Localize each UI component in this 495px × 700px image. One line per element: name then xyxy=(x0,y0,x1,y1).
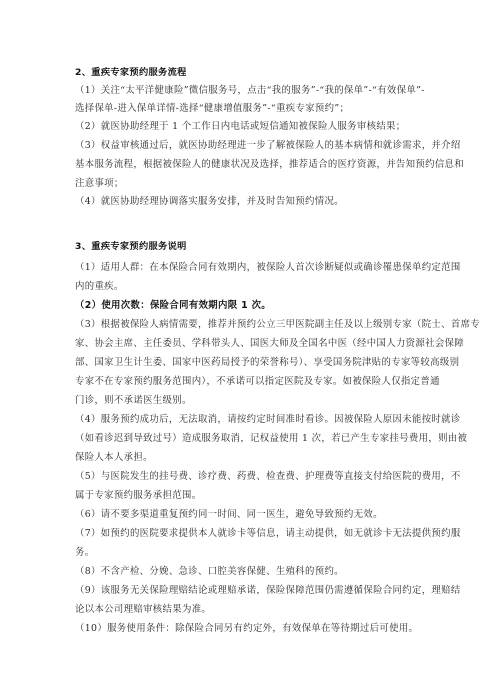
paragraph-line: （7）如预约的医院要求提供本人就诊卡等信息，请主动提供，如无就诊卡无法提供预约服 xyxy=(75,528,461,540)
paragraph-line: 注意事项； xyxy=(75,178,124,190)
paragraph-line: 保险人本人承担。 xyxy=(75,452,153,464)
paragraph-line: （1）关注“太平洋健康险”微信服务号，点击“我的服务”-“我的保单”-“有效保单… xyxy=(75,85,425,97)
paragraph-line: 门诊，则不承诺医生级别。 xyxy=(75,395,192,407)
paragraph-line: （5）与医院发生的挂号费、诊疗费、药费、检查费、护理费等直接支付给医院的费用，不 xyxy=(75,471,461,483)
paragraph-line: （3）权益审核通过后，就医协助经理进一步了解被保险人的基本病情和就诊需求，并介绍 xyxy=(75,140,461,152)
paragraph-line: （4）服务预约成功后，无法取消，请按约定时间准时看诊。因被保险人原因未能按时就诊 xyxy=(75,414,461,426)
paragraph-line: 属于专家预约服务承担范围。 xyxy=(75,490,201,502)
paragraph-line-bold: （2）使用次数：保险合同有效期内限 1 次。 xyxy=(75,300,271,312)
paragraph-line: （6）请不要多渠道重复预约同一时间、同一医生，避免导致预约无效。 xyxy=(75,509,383,521)
paragraph-line: 务。 xyxy=(75,547,94,559)
section-heading-process: 2、重疾专家预约服务流程 xyxy=(75,67,187,79)
document-page: 2、重疾专家预约服务流程 （1）关注“太平洋健康险”微信服务号，点击“我的服务”… xyxy=(0,0,495,700)
paragraph-line: （3）根据被保险人病情需要，推荐并预约公立三甲医院副主任及以上级别专家（院士、首… xyxy=(75,319,480,331)
paragraph-line: 选择保单-进入保单详情-选择“健康增值服务”-“重疾专家预约”； xyxy=(75,103,349,115)
paragraph-line: （8）不含产检、分娩、急诊、口腔美容保健、生殖科的预约。 xyxy=(75,566,344,578)
paragraph-line: （10）服务使用条件：除保险合同另有约定外，有效保单在等待期过后可使用。 xyxy=(75,623,418,635)
paragraph-line: （1）适用人群：在本保险合同有效期内，被保险人首次诊断疑似或确诊罹患保单约定范围 xyxy=(75,262,461,274)
paragraph-line: （4）就医协助经理协调落实服务安排，并及时告知预约情况。 xyxy=(75,196,344,208)
paragraph-line: 部、国家卫生计生委、国家中医药局授予的荣誉称号）、享受国务院津贴的专家等较高级别 xyxy=(75,357,459,369)
paragraph-line: （如看诊迟到导致过号）造成服务取消，记权益使用 1 次，若已产生专家挂号费用，则… xyxy=(75,433,467,445)
paragraph-line: （2）就医协助经理于 1 个工作日内电话或短信通知被保险人服务审核结果； xyxy=(75,121,406,133)
paragraph-line: （9）该服务无关保险理赔结论或理赔承诺，保险保障范围仍需遵循保险合同约定，理赔结 xyxy=(75,585,461,597)
paragraph-line: 内的重疾。 xyxy=(75,281,124,293)
paragraph-line: 论以本公司理赔审核结果为准。 xyxy=(75,604,211,616)
paragraph-line: 家、协会主席、主任委员、学科带头人、国医大师及全国名中医（经中国人力资源社会保障 xyxy=(75,338,464,350)
section-heading-description: 3、重疾专家预约服务说明 xyxy=(75,241,187,253)
paragraph-line: 基本服务流程，根据被保险人的健康状况及选择，推荐适合的医疗资源，并告知预约信息和 xyxy=(75,159,464,171)
paragraph-line: 专家不在专家预约服务范围内），不承诺可以指定医院及专家。如被保险人仅指定普通 xyxy=(75,376,440,388)
